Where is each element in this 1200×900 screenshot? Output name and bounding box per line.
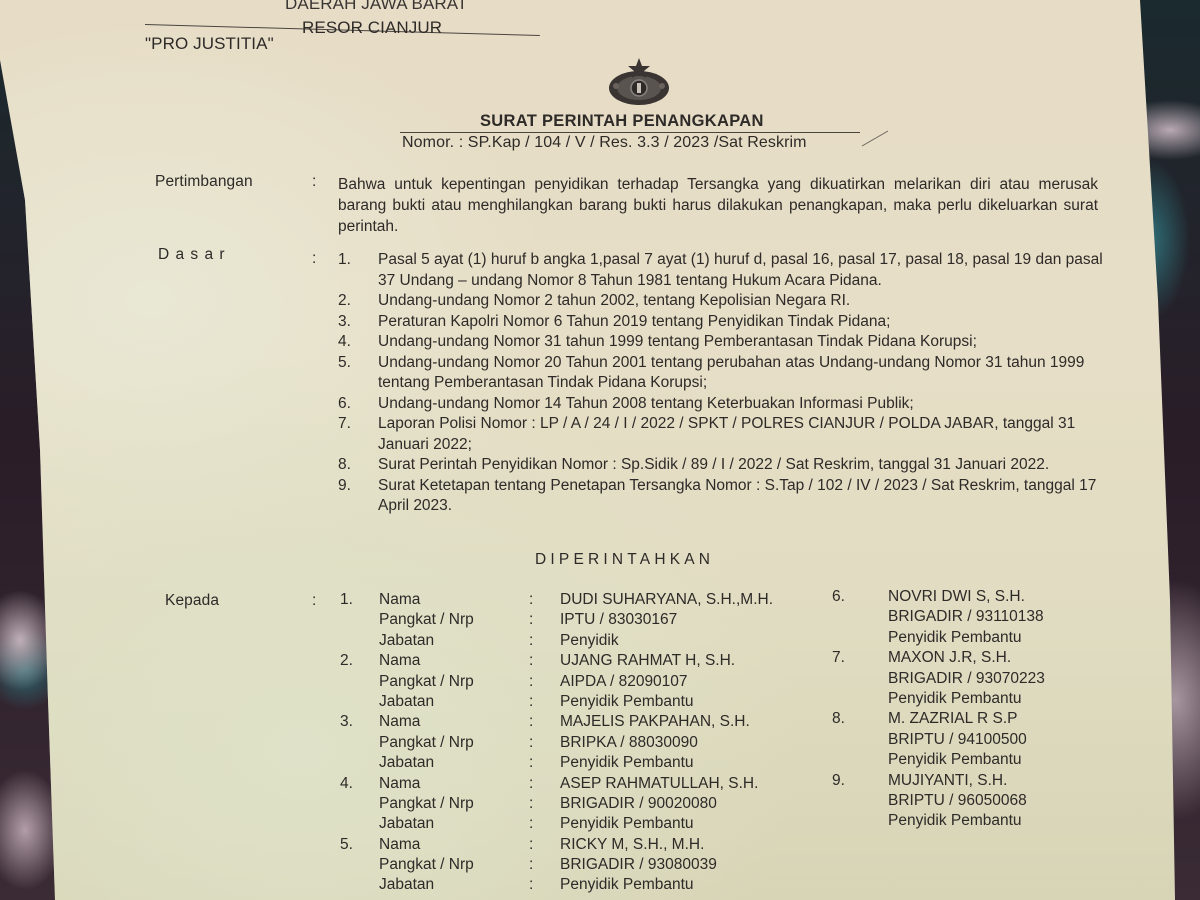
officer-number: 7.: [832, 649, 845, 667]
classification-label: "PRO JUSTITIA": [145, 34, 274, 54]
dasar-item: 4.Undang-undang Nomor 31 tahun 1999 tent…: [338, 332, 1108, 353]
officer-number: 2.: [340, 652, 353, 670]
officer-nama: MAJELIS PAKPAHAN, S.H.: [560, 713, 750, 731]
field-label: Pangkat / Nrp: [379, 673, 474, 691]
officer-nama: MUJIYANTI, S.H.: [888, 772, 1007, 790]
field-label: Pangkat / Nrp: [379, 856, 474, 874]
field-colon: :: [529, 713, 533, 731]
officer-nama: RICKY M, S.H., M.H.: [560, 836, 704, 854]
field-colon: :: [529, 591, 533, 609]
diperintahkan-heading: DIPERINTAHKAN: [535, 551, 714, 569]
dasar-colon: :: [312, 250, 316, 268]
officer-nama: DUDI SUHARYANA, S.H.,M.H.: [560, 591, 773, 609]
field-label: Nama: [379, 591, 420, 609]
field-colon: :: [529, 652, 533, 670]
document-title: SURAT PERINTAH PENANGKAPAN: [480, 112, 764, 131]
officer-jabatan: Penyidik Pembantu: [888, 629, 1022, 647]
officer-number: 6.: [832, 588, 845, 606]
field-label: Jabatan: [379, 693, 434, 711]
officer-jabatan: Penyidik Pembantu: [560, 876, 694, 894]
officer-number: 8.: [832, 710, 845, 728]
officer-jabatan: Penyidik Pembantu: [888, 690, 1022, 708]
field-colon: :: [529, 693, 533, 711]
field-colon: :: [529, 815, 533, 833]
officer-pangkat: BRIPTU / 96050068: [888, 792, 1027, 810]
field-label: Jabatan: [379, 632, 434, 650]
field-label: Jabatan: [379, 876, 434, 894]
dasar-item: 9.Surat Ketetapan tentang Penetapan Ters…: [338, 476, 1108, 517]
dasar-item: 5.Undang-undang Nomor 20 Tahun 2001 tent…: [338, 353, 1108, 394]
officer-nama: MAXON J.R, S.H.: [888, 649, 1011, 667]
officer-pangkat: BRIGADIR / 93080039: [560, 856, 717, 874]
officer-pangkat: BRIGADIR / 90020080: [560, 795, 717, 813]
field-colon: :: [529, 611, 533, 629]
pen-mark: [862, 131, 888, 147]
pertimbangan-label: Pertimbangan: [155, 173, 253, 191]
field-colon: :: [529, 632, 533, 650]
officer-jabatan: Penyidik Pembantu: [560, 693, 694, 711]
field-label: Nama: [379, 836, 420, 854]
field-colon: :: [529, 775, 533, 793]
officer-number: 9.: [832, 772, 845, 790]
field-colon: :: [529, 754, 533, 772]
field-label: Pangkat / Nrp: [379, 795, 474, 813]
dasar-item: 3.Peraturan Kapolri Nomor 6 Tahun 2019 t…: [338, 312, 1108, 333]
officer-number: 5.: [340, 836, 353, 854]
field-colon: :: [529, 856, 533, 874]
officer-jabatan: Penyidik Pembantu: [888, 751, 1022, 769]
dasar-item: 7.Laporan Polisi Nomor : LP / A / 24 / I…: [338, 414, 1108, 455]
officer-nama: NOVRI DWI S, S.H.: [888, 588, 1025, 606]
officer-pangkat: AIPDA / 82090107: [560, 673, 688, 691]
title-underline: [400, 132, 860, 133]
dasar-list: 1.Pasal 5 ayat (1) huruf b angka 1,pasal…: [338, 250, 1108, 517]
field-label: Pangkat / Nrp: [379, 734, 474, 752]
field-label: Nama: [379, 652, 420, 670]
officer-nama: ASEP RAHMATULLAH, S.H.: [560, 775, 758, 793]
field-colon: :: [529, 876, 533, 894]
field-colon: :: [529, 836, 533, 854]
officer-nama: UJANG RAHMAT H, S.H.: [560, 652, 735, 670]
institution-line-1: DAERAH JAWA BARAT: [285, 0, 467, 14]
pertimbangan-text: Bahwa untuk kepentingan penyidikan terha…: [338, 174, 1098, 237]
officer-pangkat: BRIPTU / 94100500: [888, 731, 1027, 749]
dasar-item: 2.Undang-undang Nomor 2 tahun 2002, tent…: [338, 291, 1108, 312]
field-label: Jabatan: [379, 815, 434, 833]
officer-number: 3.: [340, 713, 353, 731]
dasar-item: 1.Pasal 5 ayat (1) huruf b angka 1,pasal…: [338, 250, 1108, 291]
dasar-label: D a s a r: [158, 246, 226, 264]
officer-jabatan: Penyidik: [560, 632, 619, 650]
field-colon: :: [529, 673, 533, 691]
officer-number: 4.: [340, 775, 353, 793]
document-number: Nomor. : SP.Kap / 104 / V / Res. 3.3 / 2…: [402, 134, 807, 152]
field-label: Nama: [379, 775, 420, 793]
institution-line-2: RESOR CIANJUR: [302, 18, 442, 38]
pertimbangan-colon: :: [312, 173, 316, 191]
dasar-item: 6.Undang-undang Nomor 14 Tahun 2008 tent…: [338, 394, 1108, 415]
officer-jabatan: Penyidik Pembantu: [560, 815, 694, 833]
officer-nama: M. ZAZRIAL R S.P: [888, 710, 1017, 728]
officer-jabatan: Penyidik Pembantu: [560, 754, 694, 772]
officer-pangkat: BRIGADIR / 93110138: [888, 608, 1044, 626]
police-emblem-icon: [606, 56, 672, 108]
officer-pangkat: BRIGADIR / 93070223: [888, 670, 1045, 688]
field-label: Pangkat / Nrp: [379, 611, 474, 629]
officer-number: 1.: [340, 591, 353, 609]
field-label: Jabatan: [379, 754, 434, 772]
officer-pangkat: IPTU / 83030167: [560, 611, 677, 629]
kepada-colon: :: [312, 592, 316, 610]
field-colon: :: [529, 795, 533, 813]
officer-jabatan: Penyidik Pembantu: [888, 812, 1022, 830]
kepada-label: Kepada: [165, 592, 219, 610]
dasar-item: 8.Surat Perintah Penyidikan Nomor : Sp.S…: [338, 455, 1108, 476]
field-label: Nama: [379, 713, 420, 731]
arrest-warrant-document: DAERAH JAWA BARAT RESOR CIANJUR "PRO JUS…: [0, 0, 1200, 900]
field-colon: :: [529, 734, 533, 752]
officer-pangkat: BRIPKA / 88030090: [560, 734, 698, 752]
